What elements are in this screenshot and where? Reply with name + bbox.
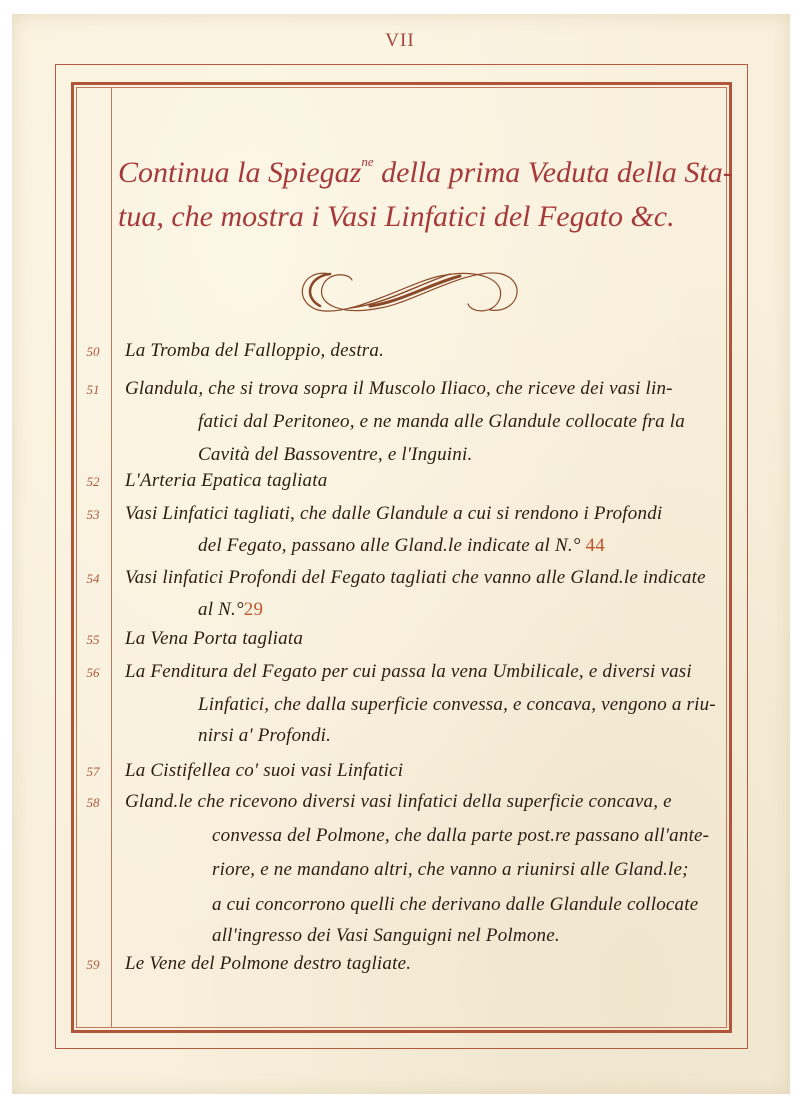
entry-number: 51 [80, 382, 106, 398]
margin-gutter-rule [111, 87, 112, 1028]
entry-text: Vasi Linfatici tagliati, che dalle Gland… [125, 503, 662, 525]
entry-text: Le Vene del Polmone destro tagliate. [125, 953, 411, 975]
reference-number: 44 [586, 535, 605, 556]
entry-text-continuation: fatici dal Peritoneo, e ne manda alle Gl… [198, 411, 685, 433]
entry-number: 58 [80, 795, 106, 811]
entry-number: 59 [80, 957, 106, 973]
entry-text: L'Arteria Epatica tagliata [125, 470, 327, 492]
entry-text-continuation: riore, e ne mandano altri, che vanno a r… [212, 859, 689, 881]
entry-text: La Fenditura del Fegato per cui passa la… [125, 661, 692, 683]
entry-text: Gland.le che ricevono diversi vasi linfa… [125, 791, 672, 813]
entry-number: 53 [80, 507, 106, 523]
entry-number: 52 [80, 474, 106, 490]
entry-text-continuation: al N.°29 [198, 599, 263, 621]
entry-number: 57 [80, 764, 106, 780]
entry-number: 54 [80, 571, 106, 587]
entry-text-continuation: nirsi a' Profondi. [198, 725, 331, 747]
folio-number: VII [0, 30, 800, 52]
entry-number: 56 [80, 665, 106, 681]
entry-text-continuation: convessa del Polmone, che dalla parte po… [212, 825, 709, 847]
entry-text: Glandula, che si trova sopra il Muscolo … [125, 378, 673, 400]
calligraphic-flourish-icon [290, 262, 530, 322]
entry-text: La Cistifellea co' suoi vasi Linfatici [125, 760, 403, 782]
entry-text-continuation: Linfatici, che dalla superficie convessa… [198, 694, 716, 716]
entry-text-continuation: all'ingresso dei Vasi Sanguigni nel Polm… [212, 925, 560, 947]
entry-text-continuation: del Fegato, passano alle Gland.le indica… [198, 535, 605, 557]
title-line-2: tua, che mostra i Vasi Linfatici del Feg… [118, 195, 733, 239]
entry-text: La Vena Porta tagliata [125, 628, 303, 650]
entry-text-continuation: Cavità del Bassoventre, e l'Inguini. [198, 444, 472, 466]
entry-text: La Tromba del Falloppio, destra. [125, 340, 384, 362]
entry-text: Vasi linfatici Profondi del Fegato tagli… [125, 567, 706, 589]
title-line-1: Continua la Spiegazne della prima Veduta… [118, 140, 733, 195]
reference-number: 29 [244, 599, 263, 620]
entry-text-continuation: a cui concorrono quelli che derivano dal… [212, 894, 698, 916]
page-title: Continua la Spiegazne della prima Veduta… [118, 140, 733, 239]
entry-number: 55 [80, 632, 106, 648]
entry-number: 50 [80, 344, 106, 360]
